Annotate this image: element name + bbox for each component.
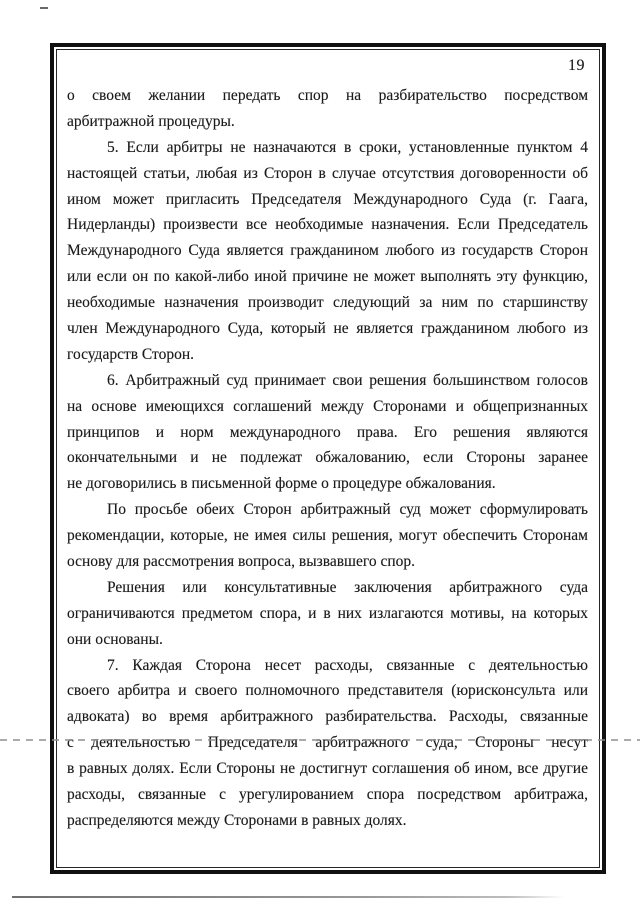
- text-line: необходимые назначения производит следую…: [67, 290, 588, 316]
- scan-artifact-bottom-rule: [12, 896, 564, 898]
- text-line: расходы, связанные с урегулированием спо…: [67, 782, 588, 808]
- text-line: окончательными и не подлежат обжалованию…: [67, 445, 588, 471]
- document-text: о своем желании передать спор на разбира…: [67, 83, 588, 834]
- text-line: 7. Каждая Сторона несет расходы, связанн…: [67, 653, 588, 679]
- text-line: По просьбе обеих Сторон арбитражный суд …: [67, 497, 588, 523]
- paragraph: По просьбе обеих Сторон арбитражный суд …: [67, 497, 588, 575]
- text-line: настоящей статьи, любая из Сторон в случ…: [67, 161, 588, 187]
- text-line: своего арбитра и своего полномочного пре…: [67, 678, 588, 704]
- text-line: 6. Арбитражный суд принимает свои решени…: [67, 368, 588, 394]
- text-line: адвоката) во время арбитражного разбират…: [67, 704, 588, 730]
- scanned-document-page: 19 о своем желании передать спор на разб…: [0, 0, 640, 905]
- paragraph: 7. Каждая Сторона несет расходы, связанн…: [67, 653, 588, 834]
- text-line: в равных долях. Если Стороны не достигну…: [67, 756, 588, 782]
- text-line: они основаны.: [67, 627, 588, 653]
- text-line: о своем желании передать спор на разбира…: [67, 83, 588, 109]
- text-line: принципов и норм международного права. Е…: [67, 420, 588, 446]
- text-line: член Международного Суда, который не явл…: [67, 316, 588, 342]
- text-line: государств Сторон.: [67, 342, 588, 368]
- text-line: на основе имеющихся соглашений между Сто…: [67, 394, 588, 420]
- paragraph: 6. Арбитражный суд принимает свои решени…: [67, 368, 588, 497]
- text-line: Нидерланды) произвести все необходимые н…: [67, 212, 588, 238]
- text-line: Международного Суда является гражданином…: [67, 238, 588, 264]
- text-line: 5. Если арбитры не назначаются в сроки, …: [67, 135, 588, 161]
- text-line: арбитражной процедуры.: [67, 109, 588, 135]
- text-line: с деятельностью Председателя арбитражног…: [67, 730, 588, 756]
- paragraph: 5. Если арбитры не назначаются в сроки, …: [67, 135, 588, 368]
- paragraph: Решения или консультативные заключения а…: [67, 575, 588, 653]
- paragraph: о своем желании передать спор на разбира…: [67, 83, 588, 135]
- text-line: Решения или консультативные заключения а…: [67, 575, 588, 601]
- text-line: или если он по какой-либо иной причине н…: [67, 264, 588, 290]
- text-line: основу для рассмотрения вопроса, вызвавш…: [67, 549, 588, 575]
- page-border-frame: 19 о своем желании передать спор на разб…: [50, 43, 606, 874]
- text-line: не договорились в письменной форме о про…: [67, 471, 588, 497]
- text-line: ограничиваются предметом спора, и в них …: [67, 601, 588, 627]
- page-number: 19: [568, 57, 585, 75]
- text-line: ином может пригласить Председателя Между…: [67, 187, 588, 213]
- text-line: распределяются между Сторонами в равных …: [67, 808, 588, 834]
- scan-artifact-corner-dash: [40, 7, 48, 9]
- text-line: рекомендации, которые, не имея силы реше…: [67, 523, 588, 549]
